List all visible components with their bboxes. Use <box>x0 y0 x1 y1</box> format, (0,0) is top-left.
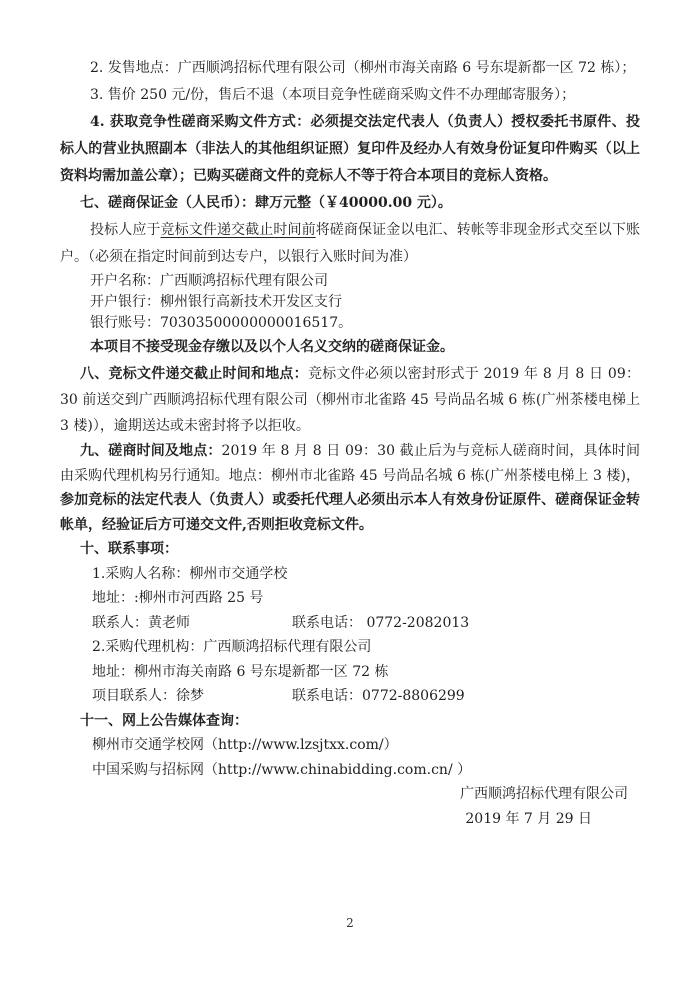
bank-account-number: 银行账号：70303500000000016517。 <box>60 313 640 334</box>
negotiation-time-section: 九、磋商时间及地点：2019 年 8 月 8 日 09：30 截止后为与竞标人磋… <box>60 439 640 537</box>
purchaser-contact-line: 联系人：黄老师联系电话： 0772-2082013 <box>60 611 640 636</box>
deposit-cash-note: 本项目不接受现金存缴以及以个人名义交纳的磋商保证金。 <box>60 334 640 361</box>
page-number: 2 <box>0 916 700 930</box>
submission-deadline-heading: 八、竞标文件递交截止时间和地点： <box>80 366 308 382</box>
deposit-deadline-underlined: 竞标文件递交截止时间前 <box>161 222 316 238</box>
document-acquisition-item: 4. 获取竞争性磋商采购文件方式：必须提交法定代表人（负责人）授权委托书原件、投… <box>60 109 640 190</box>
purchaser-phone: 联系电话： 0772-2082013 <box>292 615 469 631</box>
signature-date: 2019 年 7 月 29 日 <box>60 807 640 832</box>
purchaser-name-line: 1.采购人名称：柳州市交通学校 <box>60 562 640 587</box>
contact-section-heading: 十、联系事项： <box>60 537 640 562</box>
deposit-para-pre: 投标人应于 <box>90 222 161 238</box>
agency-name-line: 2.采购代理机构：广西顺鸿招标代理有限公司 <box>60 635 640 660</box>
purchaser-address-line: 地址：:柳州市河西路 25 号 <box>60 586 640 611</box>
sale-location-item: 2. 发售地点：广西顺鸿招标代理有限公司（柳州市海关南路 6 号东堤新都一区 7… <box>60 55 640 82</box>
agency-address-line: 地址：柳州市海关南路 6 号东堤新都一区 72 栋 <box>60 660 640 685</box>
sale-price-item: 3. 售价 250 元/份，售后不退（本项目竞争性磋商采购文件不办理邮寄服务）； <box>60 82 640 109</box>
bank-account-name: 开户名称：广西顺鸿招标代理有限公司 <box>60 271 640 292</box>
submission-deadline-section: 八、竞标文件递交截止时间和地点：竞标文件必须以密封形式于 2019 年 8 月 … <box>60 361 640 439</box>
negotiation-requirements-bold: 参加竞标的法定代表人（负责人）或委托代理人必须出示本人有效身份证原件、磋商保证金… <box>60 492 640 533</box>
agency-phone: 联系电话：0772-8806299 <box>292 688 465 704</box>
agency-contact-person: 项目联系人：徐梦 <box>92 684 292 709</box>
online-media-section-heading: 十一、网上公告媒体查询： <box>60 709 640 734</box>
agency-contact-line: 项目联系人：徐梦联系电话：0772-8806299 <box>60 684 640 709</box>
deposit-payment-paragraph: 投标人应于竞标文件递交截止时间前将磋商保证金以电汇、转帐等非现金形式交至以下账户… <box>60 217 640 271</box>
document-page: 2. 发售地点：广西顺鸿招标代理有限公司（柳州市海关南路 6 号东堤新都一区 7… <box>0 0 700 990</box>
purchaser-contact-person: 联系人：黄老师 <box>92 611 292 636</box>
signature-company: 广西顺鸿招标代理有限公司 <box>60 782 640 807</box>
school-website-line: 柳州市交通学校网（http://www.lzsjtxx.com/） <box>60 733 640 758</box>
bank-branch-name: 开户银行：柳州银行高新技术开发区支行 <box>60 292 640 313</box>
chinabidding-website-line: 中国采购与招标网（http://www.chinabidding.com.cn/… <box>60 758 640 783</box>
negotiation-time-heading: 九、磋商时间及地点： <box>80 443 222 459</box>
deposit-section-heading: 七、磋商保证金（人民币）：肆万元整（￥40000.00 元）。 <box>60 190 640 217</box>
